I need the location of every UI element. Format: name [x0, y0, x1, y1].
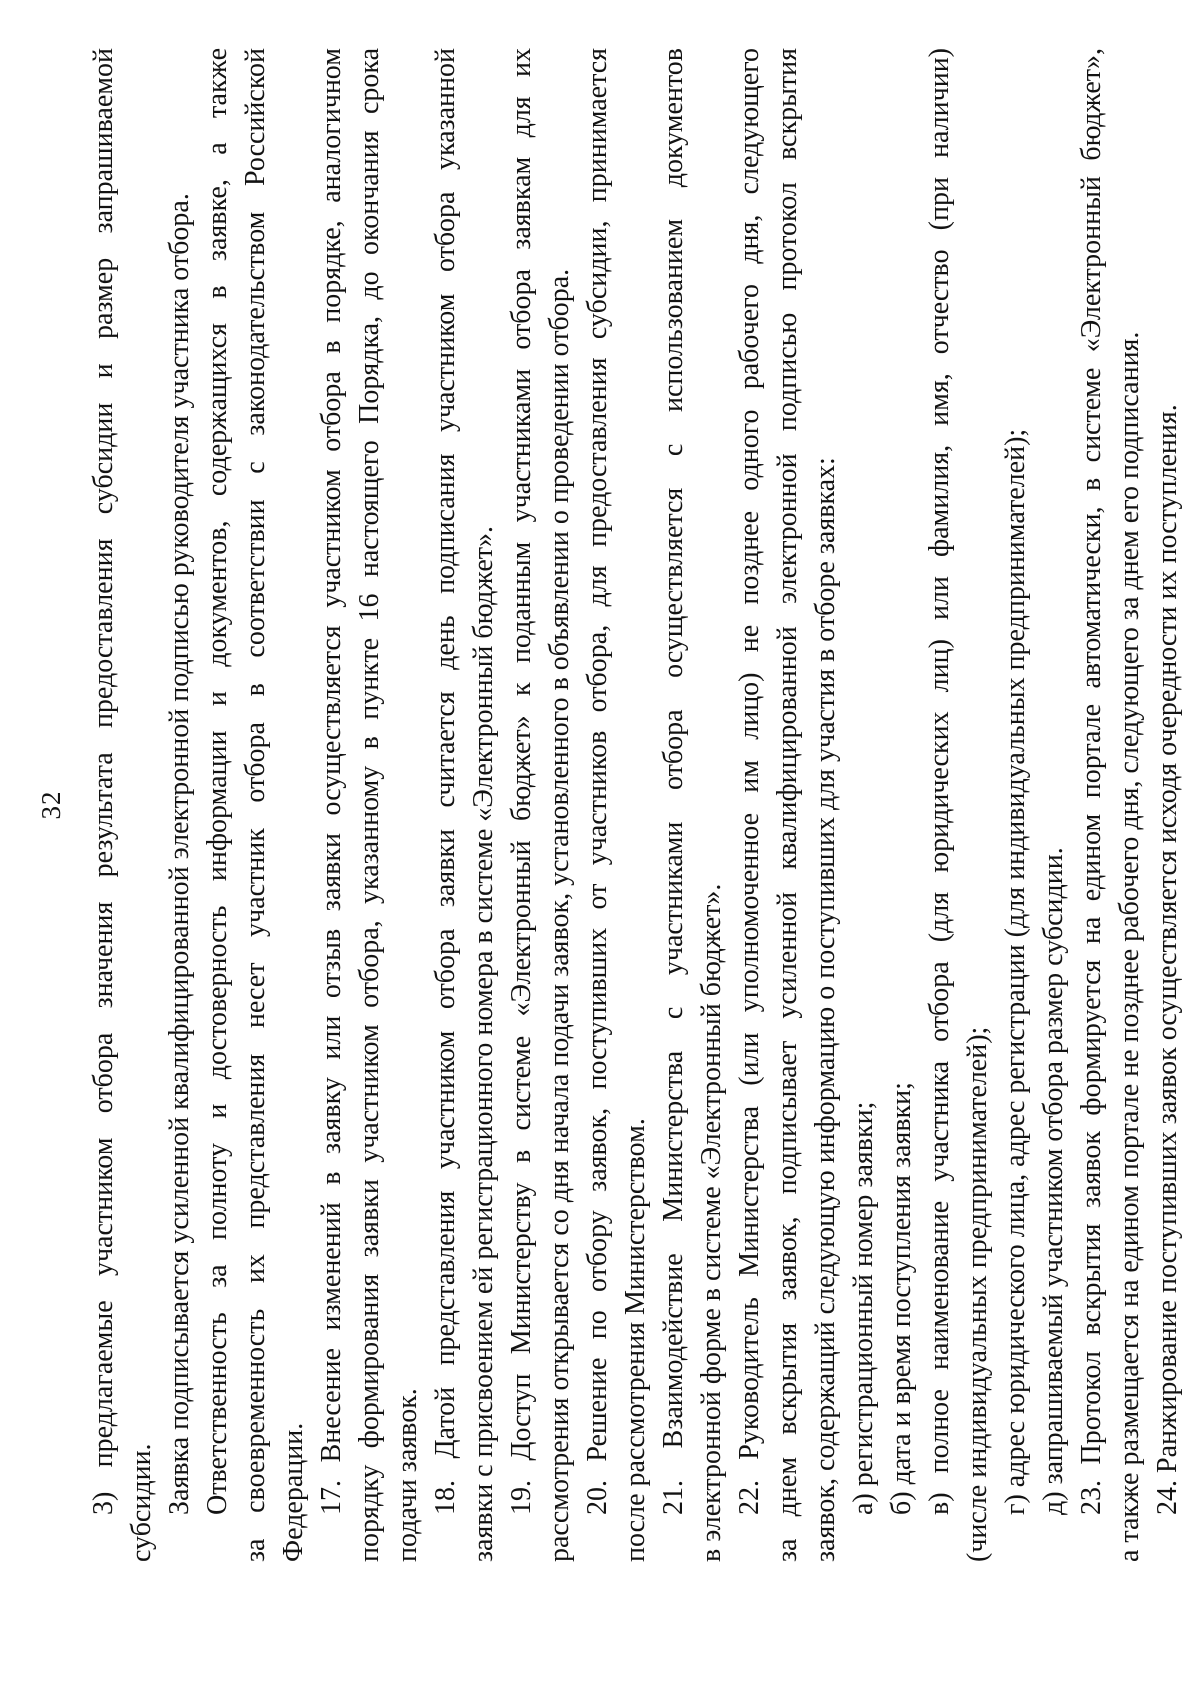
page-number: 32	[36, 48, 67, 1562]
text-line: Заявка подписывается усиленной квалифици…	[161, 48, 199, 1562]
text-line: д) запрашиваемый участником отбора разме…	[1035, 48, 1073, 1562]
text-line: подачи заявок.	[389, 48, 427, 1562]
text-line: Ответственность за полноту и достовернос…	[199, 48, 237, 1562]
text-line: 17. Внесение изменений в заявку или отзы…	[313, 48, 351, 1562]
text-line: в электронной форме в системе «Электронн…	[693, 48, 731, 1562]
text-line: за своевременность их представления несе…	[237, 48, 275, 1562]
text-line: 24. Ранжирование поступивших заявок осущ…	[1149, 48, 1187, 1562]
text-line: 3) предлагаемые участником отбора значен…	[85, 48, 123, 1562]
text-line: Федерации.	[275, 48, 313, 1562]
text-line: 23. Протокол вскрытия заявок формируется…	[1073, 48, 1111, 1562]
text-line: заявки с присвоением ей регистрационного…	[465, 48, 503, 1562]
text-line: за днем вскрытия заявок, подписывает уси…	[769, 48, 807, 1562]
text-line: 19. Доступ Министерству в системе «Элект…	[503, 48, 541, 1562]
text-line: а также размещается на едином портале не…	[1111, 48, 1149, 1562]
text-line: 21. Взаимодействие Министерства с участн…	[655, 48, 693, 1562]
text-line: после рассмотрения Министерством.	[617, 48, 655, 1562]
text-line: 18. Датой представления участником отбор…	[427, 48, 465, 1562]
text-line: рассмотрения открывается со дня начала п…	[541, 48, 579, 1562]
text-line: 20. Решение по отбору заявок, поступивши…	[579, 48, 617, 1562]
text-line: 22. Руководитель Министерства (или уполн…	[731, 48, 769, 1562]
text-line: г) адрес юридического лица, адрес регист…	[997, 48, 1035, 1562]
text-line: заявок, содержащий следующую информацию …	[807, 48, 845, 1562]
text-line: (числе индивидуальных предпринимателей);	[959, 48, 997, 1562]
text-line: а) регистрационный номер заявки;	[845, 48, 883, 1562]
text-line: б) дата и время поступления заявки;	[883, 48, 921, 1562]
document-body: 32 3) предлагаемые участником отбора зна…	[0, 0, 1200, 1697]
text-line: порядку формирования заявки участником о…	[351, 48, 389, 1562]
text-line: субсидии.	[123, 48, 161, 1562]
text-line: в) полное наименование участника отбора …	[921, 48, 959, 1562]
scanned-page: 32 3) предлагаемые участником отбора зна…	[0, 0, 1200, 1697]
